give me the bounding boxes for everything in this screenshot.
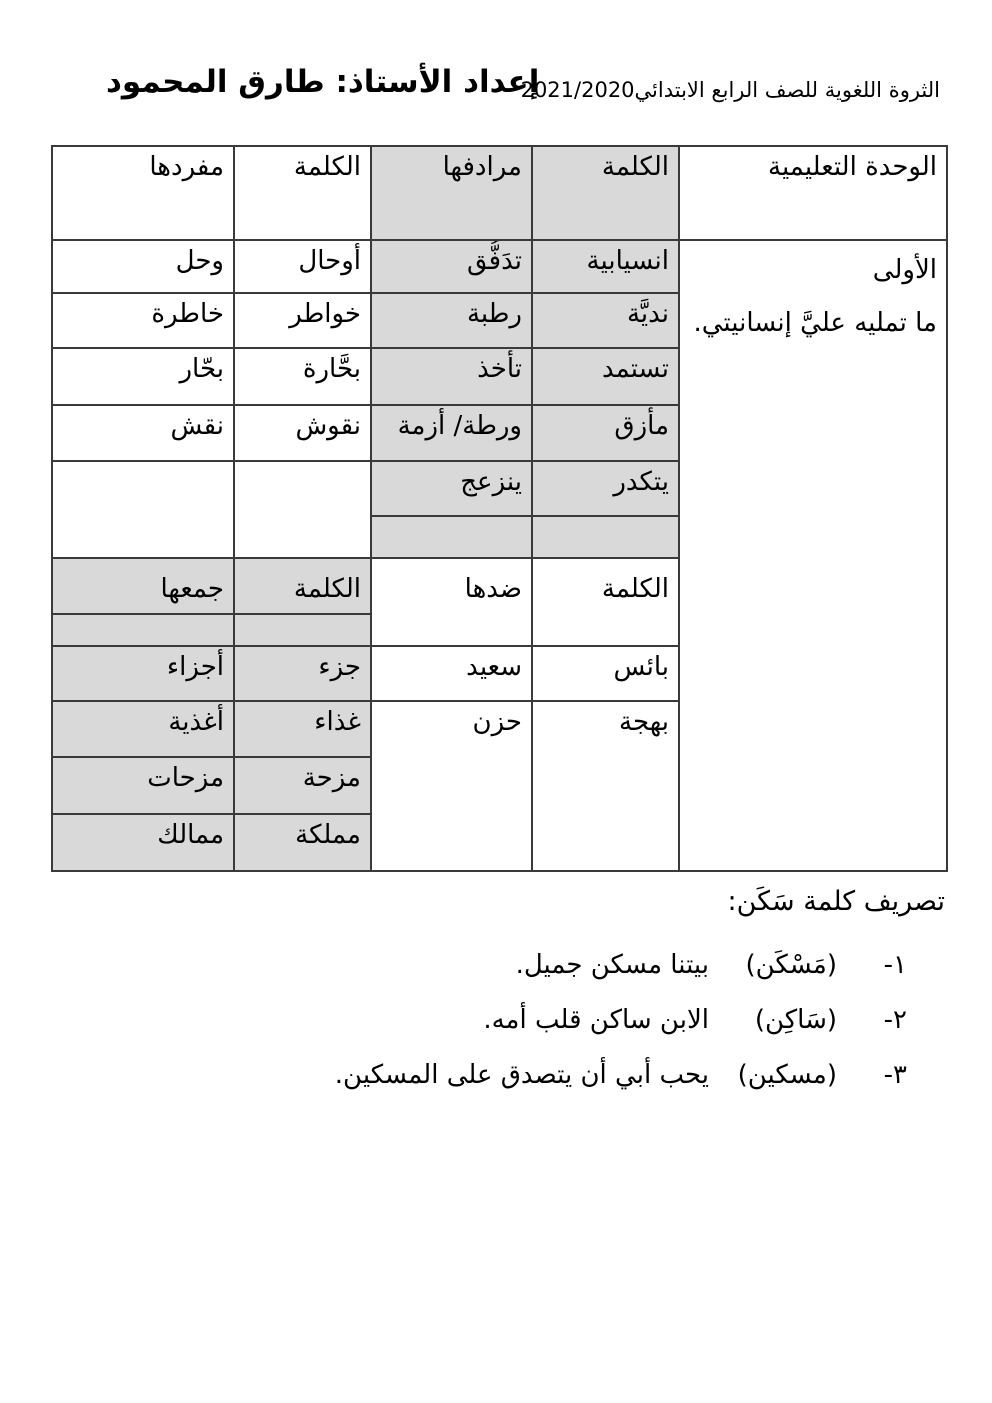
cell-synonym: ورطة/ أزمة: [371, 405, 532, 461]
item-sentence: يحب أبي أن يتصدق على المسكين.: [335, 1060, 709, 1090]
cell-word2: خواطر: [234, 293, 371, 348]
cell-synonym: تدَفُّق: [371, 240, 532, 293]
col-header-unit: الوحدة التعليمية: [679, 146, 947, 240]
item-number: ٣-: [837, 1060, 907, 1090]
col-header-plural: جمعها: [52, 558, 234, 614]
item-form: (مَسْكَن): [709, 950, 837, 980]
col-header-word2-2: الكلمة: [234, 558, 371, 614]
cell-singular: خاطرة: [52, 293, 234, 348]
cell-singular: نقش: [52, 405, 234, 461]
cell-word2: غذاء: [234, 701, 371, 757]
cell-antonym: حزن: [371, 701, 532, 871]
cell-word2: نقوش: [234, 405, 371, 461]
cell-word: بهجة: [532, 701, 679, 871]
vocabulary-table: الوحدة التعليمية الكلمة مرادفها الكلمة م…: [51, 145, 948, 872]
item-number: ١-: [837, 950, 907, 980]
col-header-synonym: مرادفها: [371, 146, 532, 240]
empty-cell: [234, 614, 371, 646]
author-credit: إعداد الأستاذ: طارق المحمود: [106, 64, 539, 100]
table-header-row-1: الوحدة التعليمية الكلمة مرادفها الكلمة م…: [52, 146, 947, 240]
cell-synonym: رطبة: [371, 293, 532, 348]
cell-plural: ممالك: [52, 814, 234, 871]
cell-word: انسيابية: [532, 240, 679, 293]
cell-word2: بحَّارة: [234, 348, 371, 405]
cell-word: نديَّة: [532, 293, 679, 348]
cell-word: تستمد: [532, 348, 679, 405]
empty-cell: [532, 516, 679, 558]
col-header-word-2: الكلمة: [532, 558, 679, 646]
cell-synonym: ينزعج: [371, 461, 532, 516]
item-number: ٢-: [837, 1005, 907, 1035]
unit-cell: الأولى ما تمليه عليَّ إنسانيتي.: [679, 240, 947, 871]
item-form: (سَاكِن): [709, 1005, 837, 1035]
empty-cell: [52, 461, 234, 558]
conjugation-heading: تصريف كلمة سَكَن:: [727, 886, 945, 917]
unit-name: الأولى: [684, 244, 937, 297]
col-header-singular: مفردها: [52, 146, 234, 240]
worksheet-page: الثروة اللغوية للصف الرابع الابتدائي2021…: [0, 0, 992, 1403]
conjugation-item: ٣- (مسكين) يحب أبي أن يتصدق على المسكين.: [347, 1060, 907, 1115]
unit-lesson-title: ما تمليه عليَّ إنسانيتي.: [684, 297, 937, 350]
document-title: الثروة اللغوية للصف الرابع الابتدائي2021…: [521, 78, 940, 102]
col-header-word2: الكلمة: [234, 146, 371, 240]
cell-word: مأزق: [532, 405, 679, 461]
cell-antonym: سعيد: [371, 646, 532, 701]
col-header-word: الكلمة: [532, 146, 679, 240]
cell-plural: مزحات: [52, 757, 234, 814]
cell-word2: جزء: [234, 646, 371, 701]
empty-cell: [52, 614, 234, 646]
conjugation-list: ١- (مَسْكَن) بيتنا مسكن جميل. ٢- (سَاكِن…: [347, 950, 907, 1115]
item-sentence: بيتنا مسكن جميل.: [516, 950, 709, 980]
cell-word2: مزحة: [234, 757, 371, 814]
cell-synonym: تأخذ: [371, 348, 532, 405]
cell-plural: أغذية: [52, 701, 234, 757]
cell-word2: أوحال: [234, 240, 371, 293]
cell-plural: أجزاء: [52, 646, 234, 701]
col-header-antonym: ضدها: [371, 558, 532, 646]
conjugation-item: ١- (مَسْكَن) بيتنا مسكن جميل.: [347, 950, 907, 1005]
item-sentence: الابن ساكن قلب أمه.: [483, 1005, 709, 1035]
empty-cell: [234, 461, 371, 558]
table-row: الأولى ما تمليه عليَّ إنسانيتي. انسيابية…: [52, 240, 947, 293]
empty-cell: [371, 516, 532, 558]
cell-word: يتكدر: [532, 461, 679, 516]
cell-singular: بحّار: [52, 348, 234, 405]
cell-word: بائس: [532, 646, 679, 701]
cell-word2: مملكة: [234, 814, 371, 871]
cell-singular: وحل: [52, 240, 234, 293]
item-form: (مسكين): [709, 1060, 837, 1090]
conjugation-item: ٢- (سَاكِن) الابن ساكن قلب أمه.: [347, 1005, 907, 1060]
